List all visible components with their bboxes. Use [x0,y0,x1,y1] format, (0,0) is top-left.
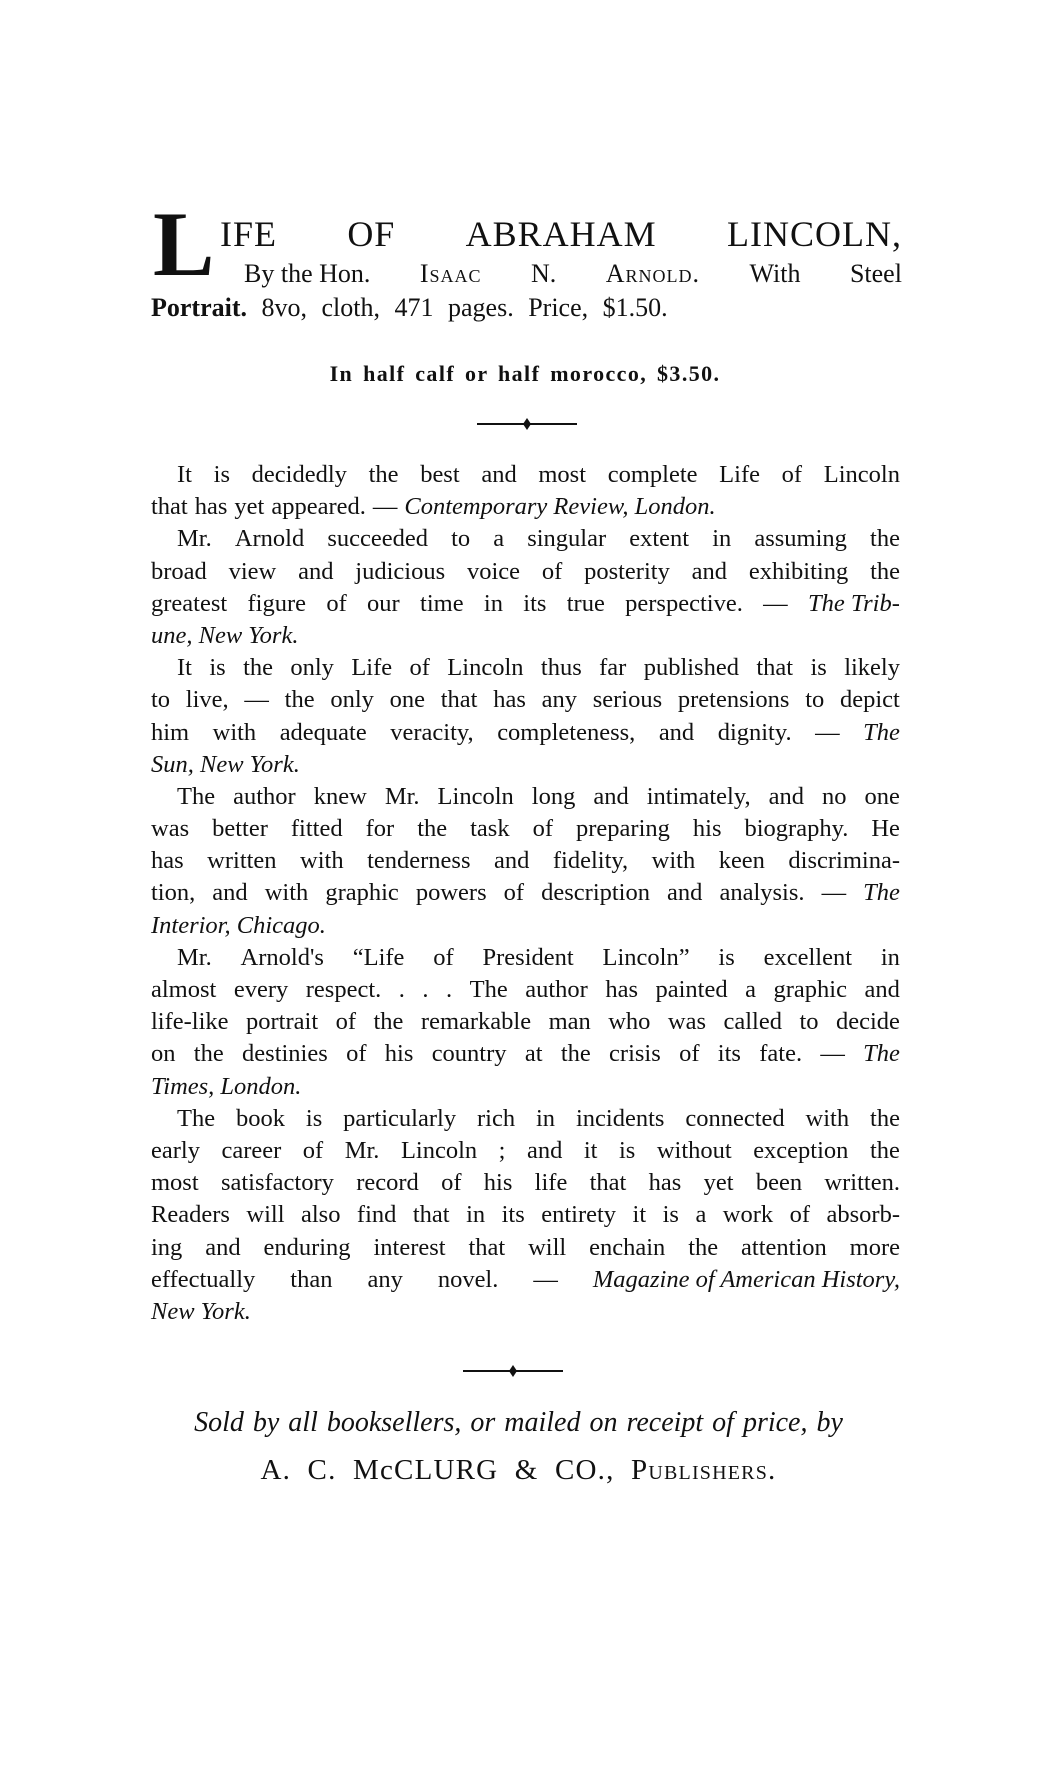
word: fitted [291,813,343,845]
word: author [233,781,296,813]
word: in [536,1103,555,1135]
word: to [799,1006,818,1038]
word: in [466,1199,485,1231]
title-dropcap: L [153,204,214,284]
word: exhibiting [749,556,848,588]
review-line: almosteveryrespect....Theauthorhaspainte… [151,974,900,1006]
title-word: IFE [220,214,277,254]
title-word: OF [347,214,395,254]
word: has [649,1167,682,1199]
word: is [718,942,734,974]
word: work [723,1199,773,1231]
word: perspective. [625,588,743,620]
review-source: Times, London. [151,1071,301,1103]
word: yet [704,1167,734,1199]
word: The [177,781,215,813]
review-line: ItisdecidedlythebestandmostcompleteLifeo… [151,459,900,491]
word: its [523,588,546,620]
byline-suffix-word: Steel [850,258,902,290]
word: crisis [609,1038,661,1070]
publisher-label: Publishers. [631,1454,777,1486]
word: in [712,523,731,555]
word: his [484,1167,513,1199]
word: and [212,877,247,909]
review-line: broadviewandjudiciousvoiceofposterityand… [151,556,900,588]
word: Life [719,459,760,491]
word: of [303,1135,323,1167]
review-line: onthedestiniesofhiscountryatthecrisisofi… [151,1038,900,1070]
word: without [657,1135,732,1167]
word: and [659,717,694,749]
word: who [608,1006,650,1038]
word: is [810,652,826,684]
word: President [483,942,574,974]
word: of [542,556,562,588]
advertisement-page: L IFE OF ABRAHAM LINCOLN, By the Hon. Is… [0,0,1037,1785]
review-source: Magazine of American History, [593,1264,900,1296]
word: that [441,684,478,716]
word: Lincoln” [603,942,690,974]
word: decide [836,1006,900,1038]
word: him [151,717,189,749]
word: man [549,1006,591,1038]
price-label: Price, [528,293,588,322]
word: dignity. [718,717,792,749]
review-line: life-likeportraitoftheremarkablemanwhowa… [151,1006,900,1038]
word: was [151,813,189,845]
review-line: effectuallythananynovel.—Magazine of Ame… [151,1264,900,1296]
word: is [209,652,225,684]
format-label: 8vo, cloth, [262,293,381,322]
word: it [584,1135,598,1167]
word: incidents [576,1103,664,1135]
word: is [663,1199,679,1231]
publisher-name: A. C. McCLURG & CO., [260,1454,614,1486]
word: description [541,877,650,909]
word: to [451,523,470,555]
word: powers [416,877,487,909]
word: excellent [764,942,852,974]
word: country [432,1038,507,1070]
word: the [285,684,315,716]
sold-by-notice: Sold by all booksellers, or mailed on re… [0,1406,1037,1440]
word: a [493,523,504,555]
diamond-ornament-icon [509,1365,517,1377]
word: It [177,652,192,684]
review-line: mostsatisfactoryrecordofhislifethathasye… [151,1167,900,1199]
word: to [805,684,824,716]
word: intimately, [647,781,751,813]
word: likely [844,652,900,684]
word: attention [741,1232,827,1264]
review-paragraph: Thebookisparticularlyrichinincidentsconn… [151,1103,900,1328]
review-paragraph: ItistheonlyLifeofLincolnthusfarpublished… [151,652,900,781]
word: in [881,942,900,974]
word: connected [685,1103,784,1135]
word: Mr. [177,942,212,974]
word: the [870,523,900,555]
word: is [619,1135,635,1167]
page-count: 471 pages. [395,293,514,322]
word: — [533,1264,558,1296]
word: knew [314,781,367,813]
review-line: Interior, Chicago. [151,910,900,942]
review-paragraph: Mr.Arnoldsucceededtoasingularextentinass… [151,523,900,652]
review-source: Contemporary Review, London. [404,491,715,523]
word: Readers [151,1199,230,1231]
word: and [769,781,804,813]
word: best [420,459,459,491]
word: Lincoln [438,781,514,813]
word: the [243,652,273,684]
word: with [265,877,309,909]
word: and [864,974,899,1006]
word: singular [527,523,606,555]
word: Lincoln [824,459,900,491]
word: and [527,1135,562,1167]
review-paragraph: TheauthorknewMr.Lincolnlongandintimately… [151,781,900,942]
word: the [374,1006,404,1038]
word: satisfactory [221,1167,334,1199]
word: preparing [576,813,670,845]
word: succeeded [327,523,428,555]
word: any [542,684,577,716]
word: entirety [541,1199,616,1231]
word: remarkable [421,1006,531,1038]
word: extent [629,523,689,555]
word: broad [151,556,207,588]
word: written. [824,1167,900,1199]
word: . [399,974,405,1006]
word: most [538,459,586,491]
word: destinies [242,1038,328,1070]
word: Mr. [385,781,420,813]
word: assuming [754,523,847,555]
word: greatest [151,588,227,620]
word: record [356,1167,419,1199]
word: Lincoln [401,1135,477,1167]
book-details: Portrait. 8vo, cloth, 471 pages. Price, … [151,292,668,324]
word: the [194,1038,224,1070]
word: ing [151,1232,182,1264]
word: completeness, [497,717,635,749]
review-line: himwithadequateveracity,completeness,and… [151,717,900,749]
word: effectually [151,1264,255,1296]
word: interest [373,1232,445,1264]
word: tenderness [367,845,470,877]
review-source: The Trib- [808,588,900,620]
word: one [865,781,900,813]
word: depict [840,684,900,716]
word: life [535,1167,568,1199]
word: Arnold's [241,942,324,974]
word: ; [499,1135,506,1167]
word: graphic [325,877,398,909]
word: will [246,1199,284,1231]
word: — [822,877,847,909]
ornamental-divider [463,1365,563,1377]
review-line: earlycareerofMr.Lincoln;anditiswithoutex… [151,1135,900,1167]
word: the [870,1103,900,1135]
diamond-ornament-icon [523,418,531,430]
word: judicious [355,556,445,588]
author-middle-initial: N. [531,258,556,290]
word: novel. [438,1264,499,1296]
word: . [446,974,452,1006]
word: of [410,652,430,684]
alternate-binding-price: In half calf or half morocco, $3.50. [0,360,1037,388]
word: — [815,717,840,749]
word: appeared. [271,491,366,523]
word: of [533,813,553,845]
word: will [528,1232,566,1264]
byline-prefix: By the Hon. [244,258,370,290]
review-source: The [863,877,900,909]
word: of [782,459,802,491]
review-source: Interior, Chicago. [151,910,326,942]
review-source: The [863,717,900,749]
word: task [470,813,509,845]
word: and [692,556,727,588]
word: the [417,813,447,845]
word: has [493,684,526,716]
author-last-name: Arnold. [606,258,700,290]
word: of [433,942,453,974]
word: for [366,813,395,845]
word: is [214,459,230,491]
word: that [413,1199,450,1231]
word: and [298,556,333,588]
word: also [301,1199,340,1231]
word: only [290,652,334,684]
word: published [644,652,739,684]
word: far [599,652,626,684]
word: of [336,1006,356,1038]
word: our [367,588,400,620]
word: adequate [280,717,367,749]
word: of [346,1038,366,1070]
word: and [494,845,529,877]
word: his [385,1038,414,1070]
word: life-like [151,1006,229,1038]
word: Mr. [345,1135,380,1167]
word: author [525,974,588,1006]
word: has [195,491,228,523]
word: Lincoln [447,652,523,684]
review-line: une, New York. [151,620,900,652]
word: painted [656,974,728,1006]
word: that [468,1232,505,1264]
word: with [213,717,257,749]
word: find [357,1199,396,1231]
price-value: $1.50. [603,293,668,322]
word: and [667,877,702,909]
word: It [177,459,192,491]
author-byline: By the Hon. Isaac N. Arnold. With Steel [244,258,902,290]
word: “Life [353,942,405,974]
review-line: Sun, New York. [151,749,900,781]
review-line: Readerswillalsofindthatinitsentiretyitis… [151,1199,900,1231]
review-line: tion,andwithgraphicpowersofdescriptionan… [151,877,900,909]
word: rich [477,1103,515,1135]
word: posterity [584,556,670,588]
word: career [221,1135,281,1167]
word: with [300,845,344,877]
word: at [525,1038,543,1070]
word: complete [608,459,698,491]
word: in [484,588,503,620]
book-title: IFE OF ABRAHAM LINCOLN, [220,214,902,254]
word: than [290,1264,332,1296]
word: portrait [246,1006,318,1038]
word: on [151,1038,176,1070]
word: a [745,974,756,1006]
word: of [790,1199,810,1231]
word: the [870,556,900,588]
word: and [593,781,628,813]
word: absorb- [827,1199,900,1231]
word: The [177,1103,215,1135]
word: biography. [744,813,848,845]
word: He [871,813,900,845]
review-line: tolive,—theonlyonethathasanyseriousprete… [151,684,900,716]
review-source: Sun, New York. [151,749,300,781]
word: its [718,1038,741,1070]
word: the [870,1135,900,1167]
review-line: Thebookisparticularlyrichinincidentsconn… [151,1103,900,1135]
reviews-section: ItisdecidedlythebestandmostcompleteLifeo… [151,459,900,1328]
word: was [668,1006,706,1038]
word: it [633,1199,647,1231]
review-source: The [863,1038,900,1070]
word: analysis. [719,877,804,909]
word: fidelity, [553,845,628,877]
word: enchain [589,1232,665,1264]
word: with [806,1103,850,1135]
author-first-name: Isaac [420,258,482,290]
word: voice [467,556,520,588]
word: — [244,684,269,716]
review-source: une, New York. [151,620,298,652]
word: . [422,974,428,1006]
byline-suffix-word: With [750,258,801,290]
word: that [756,652,793,684]
word: fate. [759,1038,802,1070]
word: the [688,1232,718,1264]
portrait-label: Portrait. [151,293,247,322]
word: a [695,1199,706,1231]
word: veracity, [390,717,473,749]
word: respect. [306,974,382,1006]
word: has [151,845,184,877]
word: thus [541,652,582,684]
word: of [326,588,346,620]
review-line: haswrittenwithtendernessandfidelity,with… [151,845,900,877]
review-line: thathasyetappeared.—Contemporary Review,… [151,491,900,523]
word: only [330,684,374,716]
word: The [470,974,508,1006]
word: that [151,491,188,523]
word: graphic [774,974,847,1006]
word: yet [234,491,264,523]
word: of [441,1167,461,1199]
word: his [693,813,722,845]
word: view [229,556,277,588]
word: that [590,1167,627,1199]
word: any [367,1264,402,1296]
word: figure [248,588,307,620]
word: one [390,684,425,716]
review-line: ItistheonlyLifeofLincolnthusfarpublished… [151,652,900,684]
word: and [205,1232,240,1264]
word: almost [151,974,216,1006]
word: written [207,845,276,877]
review-line: TheauthorknewMr.Lincolnlongandintimately… [151,781,900,813]
word: early [151,1135,200,1167]
word: the [369,459,399,491]
review-paragraph: Mr.Arnold's“LifeofPresidentLincoln”isexc… [151,942,900,1103]
review-paragraph: ItisdecidedlythebestandmostcompleteLifeo… [151,459,900,523]
word: and [481,459,516,491]
word: true [567,588,605,620]
word: discrimina- [788,845,900,877]
publisher-imprint: A. C. McCLURG & CO., Publishers. [0,1452,1037,1488]
word: has [605,974,638,1006]
word: with [652,845,696,877]
ornamental-divider [477,418,577,430]
title-word: LINCOLN, [727,214,902,254]
review-source: New York. [151,1296,251,1328]
review-line: Mr.Arnoldsucceededtoasingularextentinass… [151,523,900,555]
word: enduring [263,1232,350,1264]
word: particularly [343,1103,456,1135]
word: time [420,588,464,620]
word: — [373,491,398,523]
word: pretensions [678,684,790,716]
word: Mr. [177,523,212,555]
word: Arnold [235,523,304,555]
word: long [532,781,576,813]
word: every [234,974,288,1006]
word: more [850,1232,900,1264]
review-line: ingandenduringinterestthatwillenchainthe… [151,1232,900,1264]
word: tion, [151,877,195,909]
word: decidedly [252,459,347,491]
review-line: Times, London. [151,1071,900,1103]
word: of [679,1038,699,1070]
word: no [822,781,847,813]
word: serious [593,684,662,716]
title-word: ABRAHAM [466,214,657,254]
word: called [723,1006,782,1038]
word: book [236,1103,285,1135]
word: been [756,1167,802,1199]
review-line: New York. [151,1296,900,1328]
word: — [763,588,788,620]
word: to [151,684,170,716]
word: of [504,877,524,909]
review-line: wasbetterfittedforthetaskofpreparinghisb… [151,813,900,845]
review-line: Mr.Arnold's“LifeofPresidentLincoln”isexc… [151,942,900,974]
word: live, [186,684,229,716]
word: is [306,1103,322,1135]
review-line: greatestfigureofourtimeinitstrueperspect… [151,588,900,620]
word: most [151,1167,199,1199]
word: keen [719,845,765,877]
word: Life [351,652,392,684]
word: — [820,1038,845,1070]
word: the [561,1038,591,1070]
